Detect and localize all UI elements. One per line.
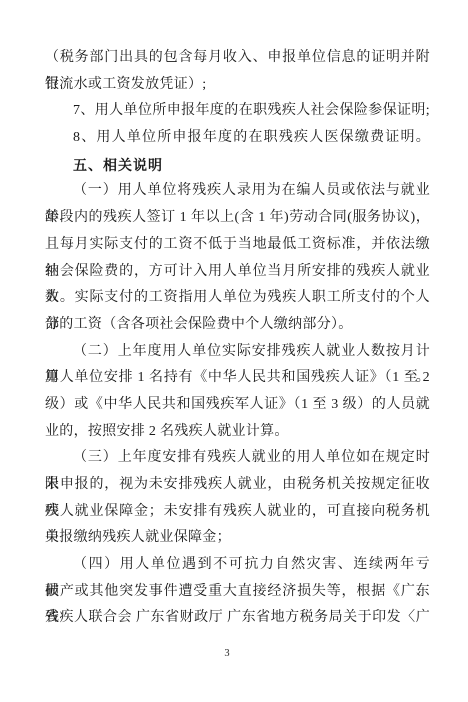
page-number: 3	[0, 648, 454, 659]
doc-line: （税务部门出具的包含每月收入、申报单位信息的证明并附银	[45, 45, 430, 72]
doc-line: 社会保险费的，方可计入用人单位当月所安排的残疾人就业人	[45, 259, 430, 286]
doc-line: 数。实际支付的工资指用人单位为残疾人职工所支付的个人部	[45, 285, 430, 312]
doc-line: （一）用人单位将残疾人录用为在编人员或依法与就业年	[45, 178, 430, 205]
doc-line: 8、用人单位所申报年度的在职残疾人医保缴费证明。	[45, 125, 430, 152]
doc-line: 申报缴纳残疾人就业保障金；	[45, 525, 430, 552]
doc-line: 残疾人联合会 广东省财政厅 广东省地方税务局关于印发〈广	[45, 605, 430, 632]
document-page: （税务部门出具的包含每月收入、申报单位信息的证明并附银 行流水或工资发放凭证）;…	[0, 0, 468, 702]
doc-line: 且每月实际支付的工资不低于当地最低工资标准，并依法缴纳	[45, 232, 430, 259]
doc-line: 级）或《中华人民共和国残疾军人证》（1 至 3 级）的人员就	[45, 392, 430, 419]
doc-line: （二）上年度用人单位实际安排残疾人就业人数按月计算。	[45, 339, 430, 366]
doc-line: 7、用人单位所申报年度的在职残疾人社会保险参保证明;	[45, 98, 430, 125]
doc-line: 破产或其他突发事件遭受重大直接经济损失等，根据《广东省	[45, 579, 430, 606]
doc-line: 分的工资（含各项社会保险费中个人缴纳部分）。	[45, 312, 430, 339]
doc-line: 行流水或工资发放凭证）;	[45, 72, 430, 99]
doc-line: 用人单位安排 1 名持有《中华人民共和国残疾人证》（1 至 2	[45, 365, 430, 392]
doc-line: 龄段内的残疾人签订 1 年以上(含 1 年)劳动合同(服务协议)，	[45, 205, 430, 232]
doc-line: 未申报的，视为未安排残疾人就业，由税务机关按规定征收残	[45, 472, 430, 499]
doc-line: 疾人就业保障金；未安排有残疾人就业的，可直接向税务机关	[45, 499, 430, 526]
doc-line: （三）上年度安排有残疾人就业的用人单位如在规定时限	[45, 445, 430, 472]
doc-line: 业的，按照安排 2 名残疾人就业计算。	[45, 419, 430, 446]
doc-line: （四）用人单位遇到不可抗力自然灾害、连续两年亏损、	[45, 552, 430, 579]
section-heading: 五、相关说明	[45, 152, 430, 179]
